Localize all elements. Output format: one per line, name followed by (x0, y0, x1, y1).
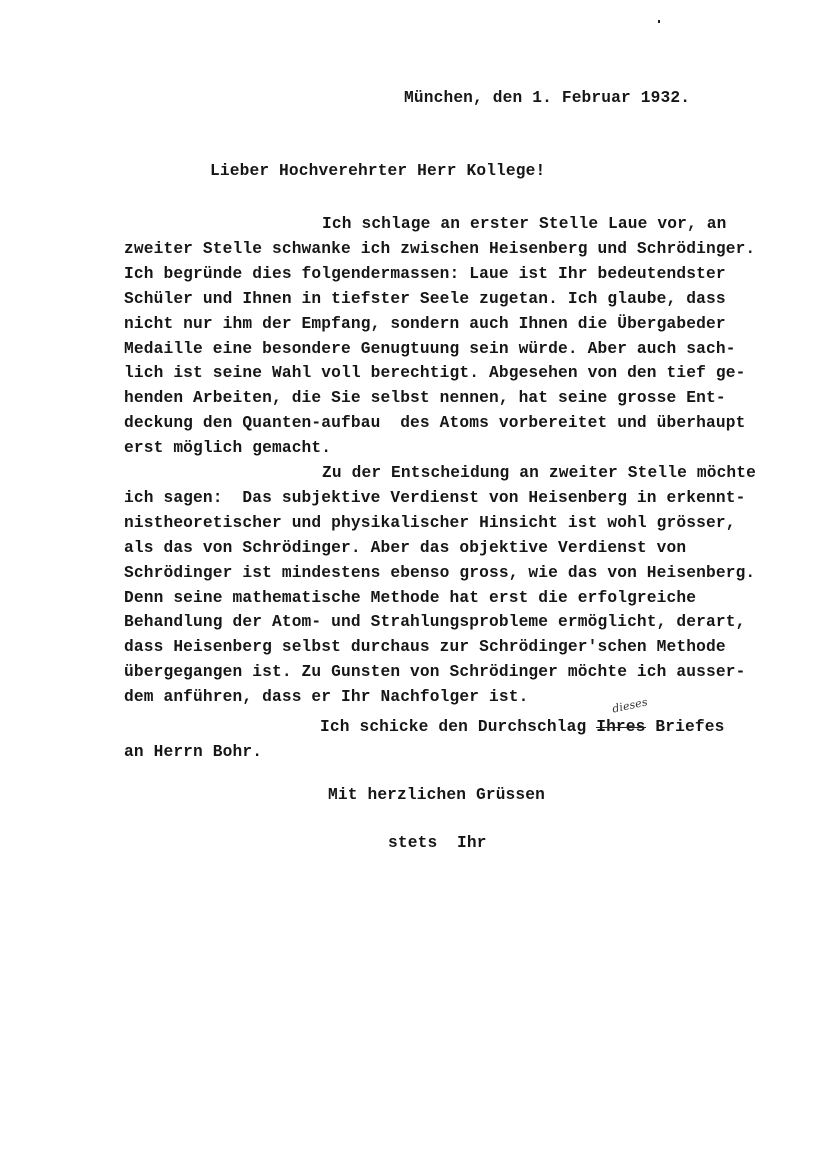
body-line: Behandlung der Atom- und Strahlungsprobl… (124, 612, 745, 632)
body-line: nicht nur ihm der Empfang, sondern auch … (124, 314, 726, 334)
body-line: dem anführen, dass er Ihr Nachfolger ist… (124, 687, 528, 707)
body-line: Schrödinger ist mindestens ebenso gross,… (124, 563, 755, 583)
date-line: München, den 1. Februar 1932. (404, 88, 690, 108)
body-line: Denn seine mathematische Methode hat ers… (124, 588, 696, 608)
closing-continuation: an Herrn Bohr. (124, 742, 262, 762)
body-line: nistheoretischer und physikalischer Hins… (124, 513, 736, 533)
body-line: zweiter Stelle schwanke ich zwischen Hei… (124, 239, 755, 259)
salutation: Lieber Hochverehrter Herr Kollege! (210, 161, 545, 181)
handwritten-correction: dieses (611, 695, 649, 715)
closing-paragraph: Ich schicke den Durchschlag Ihres Briefe… (320, 717, 724, 737)
body-line: deckung den Quanten-aufbau des Atoms vor… (124, 413, 745, 433)
signoff: stets Ihr (388, 833, 487, 853)
body-line: Schüler und Ihnen in tiefster Seele zuge… (124, 289, 726, 309)
body-line: dass Heisenberg selbst durchaus zur Schr… (124, 637, 726, 657)
letter-page: München, den 1. Februar 1932. Lieber Hoc… (0, 0, 840, 1169)
closing: Mit herzlichen Grüssen (328, 785, 545, 805)
body-line: Zu der Entscheidung an zweiter Stelle mö… (322, 463, 756, 483)
body-line: übergegangen ist. Zu Gunsten von Schrödi… (124, 662, 745, 682)
body-line: als das von Schrödinger. Aber das objekt… (124, 538, 686, 558)
body-line: henden Arbeiten, die Sie selbst nennen, … (124, 388, 726, 408)
body-line: Medaille eine besondere Genugtuung sein … (124, 339, 736, 359)
body-line: Ich begründe dies folgendermassen: Laue … (124, 264, 726, 284)
body-line: Ich schlage an erster Stelle Laue vor, a… (322, 214, 726, 234)
scan-speck (658, 20, 660, 23)
body-line: ich sagen: Das subjektive Verdienst von … (124, 488, 745, 508)
body-line: lich ist seine Wahl voll berechtigt. Abg… (124, 363, 745, 383)
struck-word: Ihres (596, 718, 645, 736)
body-line: erst möglich gemacht. (124, 438, 331, 458)
